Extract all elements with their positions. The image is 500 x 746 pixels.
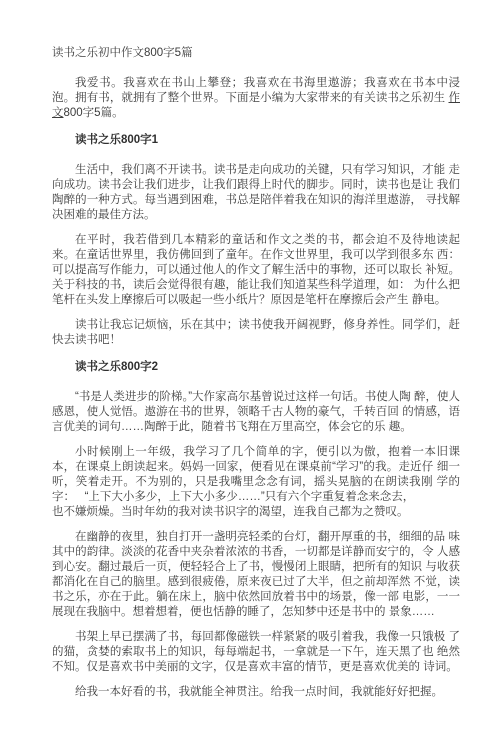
section2-heading: 读书之乐800字2 — [52, 360, 460, 375]
document-page: 读书之乐初中作文800字5篇 我爱书。我喜欢在书山上攀登；我喜欢在书海里遨游；我… — [0, 0, 500, 746]
section2-paragraph-2: 小时候刚上一年级，我学习了几个简单的字，便引以为傲，抱着一本旧课 本，在课桌上朗… — [52, 445, 460, 520]
intro-paragraph: 我爱书。我喜欢在书山上攀登；我喜欢在书海里遨游；我喜欢在书本中浸 泡。拥有书，就… — [52, 76, 460, 121]
section1-paragraph-3: 读书让我忘记烦恼，乐在其中；读书使我开阔视野，修身养性。同学们，赶 快去读书吧！ — [52, 318, 460, 348]
section2-paragraph-1: “书是人类进步的阶梯。”大作家高尔基曾说过这样一句话。书使人陶 醉，使人感恩，使… — [52, 390, 460, 435]
section2-paragraph-3: 在幽静的夜里，独自打开一盏明亮轻柔的台灯，翻开厚重的书，细细的品 味其中的韵律。… — [52, 530, 460, 620]
section1-paragraph-1: 生活中，我们离不开读书。读书是走向成功的关键，只有学习知识，才能 走向成功。读书… — [52, 163, 460, 223]
section2-paragraph-4: 书架上早已摆满了书，每回都像磁铁一样紧紧的吸引着我，我像一只饿极 了的猫，贪婪的… — [52, 630, 460, 675]
section1-paragraph-2: 在平时，我若借到几本精彩的童话和作文之类的书，都会迫不及待地读起 来。在童话世界… — [52, 233, 460, 308]
intro-text-after: 800字5篇。 — [64, 107, 124, 119]
intro-text-before: 我爱书。我喜欢在书山上攀登；我喜欢在书海里遨游；我喜欢在书本中浸 泡。拥有书，就… — [52, 77, 463, 104]
section2-paragraph-5: 给我一本好看的书，我就能全神贯注。给我一点时间，我就能好好把握。 — [52, 685, 460, 700]
section1-heading: 读书之乐800字1 — [52, 133, 460, 148]
page-title: 读书之乐初中作文800字5篇 — [52, 46, 460, 61]
